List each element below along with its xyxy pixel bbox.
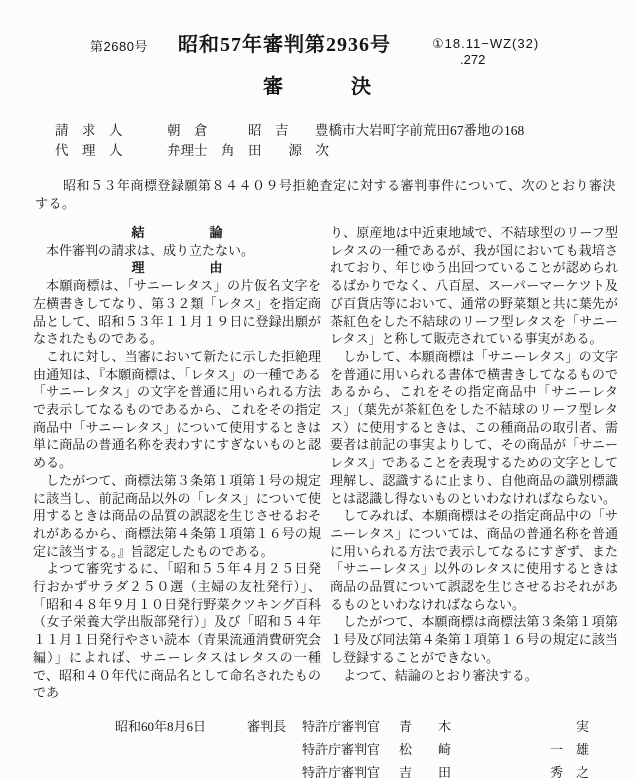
agent-row: 代 理 人 弁理士 角 田 源 次 <box>55 141 636 161</box>
body-paragraph: したがつて、本願商標は商標法第３条第１項第１号及び同法第４条第１項第１６号の規定… <box>330 613 618 666</box>
signer-row: 審判長 特許庁審判官 青 木 実 <box>247 715 589 738</box>
decision-title: 審 決 <box>0 70 636 99</box>
section-heading: 結 論 <box>33 224 321 242</box>
claimant-name: 朝 倉 昭 吉 <box>167 121 315 141</box>
examiner-surname: 吉 田 <box>399 761 451 778</box>
right-column: り、原産地は中近東地域で、不結球型のリーフ型レタスの一種であるが、我が国において… <box>330 224 618 702</box>
classification-page-number: .272 <box>460 52 485 67</box>
case-statement: 昭和５３年商標登録願第８４４０９号拒絶査定に対する審判事件について、次のとおり審… <box>35 177 616 213</box>
body-paragraph: よつて審究するに、「昭和５５年４月２５日発行おかずサラダ２５０選（主婦の友社発行… <box>33 560 321 702</box>
classification-code: ①18.11−WZ(32) <box>432 36 539 52</box>
signer-row: 特許庁審判官 松 崎 一 雄 <box>247 738 589 761</box>
examiner-title: 特許庁審判官 <box>302 738 399 761</box>
trial-case-number: 昭和57年審判第2936号 <box>178 28 391 57</box>
examiner-role-spacer <box>247 761 302 778</box>
body-paragraph: してみれば、本願商標はその指定商品中の「サニーレタス」については、商品の普通名称… <box>330 507 618 613</box>
body-paragraph: よつて、結論のとおり審決する。 <box>330 667 618 685</box>
examiner-given-name: 一 雄 <box>550 738 589 761</box>
claimant-role-label: 請 求 人 <box>55 121 167 141</box>
examiner-role-spacer <box>247 738 302 761</box>
examiner-title: 特許庁審判官 <box>302 761 399 778</box>
agent-name: 弁理士 角 田 源 次 <box>167 141 315 161</box>
body-paragraph: 本願商標は、「サニーレタス」の片仮名文字を左横書きしてなり、第３２類「レタス」を… <box>33 277 321 348</box>
claimant-address: 豊橋市大岩町字前荒田67番地の168 <box>315 121 636 141</box>
decision-date: 昭和60年8月6日 <box>115 715 245 778</box>
body-paragraph: したがつて、商標法第３条第１項第１号の規定に該当し、前記商品以外の「レタス」につ… <box>33 472 321 561</box>
agent-address <box>315 141 636 161</box>
agent-role-label: 代 理 人 <box>55 141 167 161</box>
examiner-name: 松 崎 一 雄 <box>399 738 589 761</box>
document-number: 第2680号 <box>90 36 148 55</box>
examiner-name: 吉 田 秀 之 <box>399 761 589 778</box>
examiner-given-name: 実 <box>576 715 589 738</box>
left-column: 結 論本件審判の請求は、成り立たない。理 由本願商標は、「サニーレタス」の片仮名… <box>33 224 321 702</box>
body-paragraph: 本件審判の請求は、成り立たない。 <box>33 242 321 260</box>
body-paragraph: これに対し、当審において新たに示した拒絶理由通知は、『本願商標は、「レタス」の一… <box>33 348 321 472</box>
examiner-surname: 青 木 <box>399 715 451 738</box>
decision-body: 結 論本件審判の請求は、成り立たない。理 由本願商標は、「サニーレタス」の片仮名… <box>33 224 618 702</box>
document-header: 第2680号 昭和57年審判第2936号 ①18.11−WZ(32) .272 <box>0 0 636 64</box>
body-paragraph: しかして、本願商標は「サニーレタス」の文字を普通に用いられる書体で横書きしてなる… <box>330 348 618 507</box>
signature-footer: 昭和60年8月6日 審判長 特許庁審判官 青 木 実 特許庁審判官 松 崎 一 … <box>115 715 636 778</box>
examiner-title: 特許庁審判官 <box>302 715 399 738</box>
examiner-surname: 松 崎 <box>399 738 451 761</box>
signer-block: 審判長 特許庁審判官 青 木 実 特許庁審判官 松 崎 一 雄 特許庁審判官 <box>247 715 589 778</box>
signer-row: 特許庁審判官 吉 田 秀 之 <box>247 761 589 778</box>
body-paragraph: り、原産地は中近東地域で、不結球型のリーフ型レタスの一種であるが、我が国において… <box>330 224 618 348</box>
examiner-given-name: 秀 之 <box>550 761 589 778</box>
examiner-name: 青 木 実 <box>399 715 589 738</box>
presiding-examiner-label: 審判長 <box>247 715 302 738</box>
parties-section: 請 求 人 朝 倉 昭 吉 豊橋市大岩町字前荒田67番地の168 代 理 人 弁… <box>55 121 636 161</box>
section-heading: 理 由 <box>33 259 321 277</box>
claimant-row: 請 求 人 朝 倉 昭 吉 豊橋市大岩町字前荒田67番地の168 <box>55 121 636 141</box>
decision-document-page: 第2680号 昭和57年審判第2936号 ①18.11−WZ(32) .272 … <box>0 0 636 778</box>
